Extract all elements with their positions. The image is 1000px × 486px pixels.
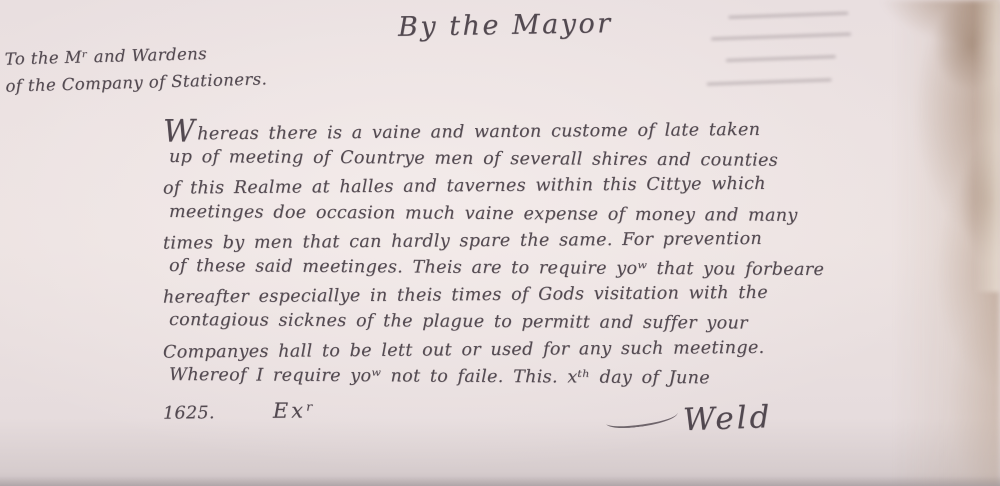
body-line: contagious sicknes of the plague to perm… (169, 307, 824, 338)
body-line: meetinges doe occasion much vaine expens… (169, 199, 824, 230)
body-line: Companyes hall to be lett out or used fo… (163, 334, 824, 366)
body-line: Whereas there is a vaine and wanton cust… (163, 113, 824, 148)
page-bottom-shadow (0, 476, 1000, 486)
body-line: of this Realme at halles and tavernes wi… (163, 171, 824, 203)
date-text: 1625. (163, 403, 215, 423)
body-text: Whereas there is a vaine and wanton cust… (163, 116, 824, 425)
manuscript-page: By the Mayor To the Mʳ and Wardens of th… (0, 0, 1000, 486)
body-line: Whereof I require yoʷ not to faile. This… (169, 362, 824, 393)
document-heading: By the Mayor (398, 8, 613, 43)
bleed-through-marks (698, 7, 867, 118)
signature-block: Weld (605, 399, 773, 441)
body-line-text: hereas there is a vaine and wanton custo… (197, 120, 760, 144)
paper-torn-edge (974, 0, 1000, 292)
signature-name: Weld (682, 399, 773, 438)
clerk-flourish: Exʳ (273, 398, 317, 422)
signature-flourish (605, 406, 678, 430)
address-block: To the Mʳ and Wardens of the Company of … (4, 38, 267, 99)
